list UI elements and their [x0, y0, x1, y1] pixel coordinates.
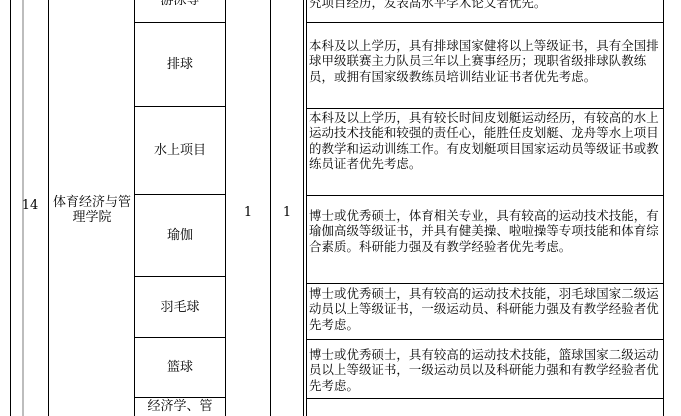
row-divider [306, 108, 664, 109]
recruitment-table: 14 体育经济与管理学院 1 1 游泳等 排球 水上项目 瑜伽 羽毛球 篮球 经… [0, 0, 681, 416]
major-cell: 瑜伽 [135, 195, 225, 276]
table-border-left [10, 0, 11, 416]
row-divider [306, 22, 664, 23]
requirement-text: 博士或优秀硕士，具有较高的运动技术技能，篮球国家二级运动员以上等级证书，一级运动… [309, 347, 661, 393]
table-border-right [663, 0, 664, 416]
column-divider [48, 0, 49, 416]
major-cell: 游泳等 [135, 0, 225, 10]
college-name: 体育经济与管理学院 [52, 190, 132, 230]
column-divider [306, 0, 307, 416]
major-cell: 排球 [135, 23, 225, 106]
row-divider [306, 195, 664, 196]
requirement-text: 博士或优秀硕士，体育相关专业，具有较高的运动技术技能，有瑜伽高级等级证书，并具有… [309, 208, 661, 254]
row-number: 14 [12, 190, 48, 220]
row-divider [306, 339, 664, 340]
column-divider [303, 0, 304, 416]
major-cell: 羽毛球 [135, 277, 225, 337]
requirement-text: 本科及以上学历，具有较长时间皮划艇运动经历，有较高的水上运动技术技能和较强的责任… [309, 110, 661, 172]
requirement-text: 博士或优秀硕士，具有较高的运动技术技能，羽毛球国家二级运动员以上等级证书，一级运… [309, 286, 661, 332]
count-a: 1 [226, 200, 270, 224]
requirement-text: 本科及以上学历，具有排球国家健将以上等级证书，具有全国排球甲级联赛主力队员三年以… [309, 38, 661, 84]
row-divider [306, 283, 664, 284]
major-cell: 经济学、管 [135, 399, 225, 416]
requirement-text: 究项目经历，发表高水平学术论文者优先。 [309, 0, 661, 10]
count-b: 1 [271, 200, 303, 224]
row-divider [134, 397, 226, 398]
major-cell: 水上项目 [135, 107, 225, 194]
major-cell: 篮球 [135, 338, 225, 397]
row-divider [306, 398, 664, 399]
